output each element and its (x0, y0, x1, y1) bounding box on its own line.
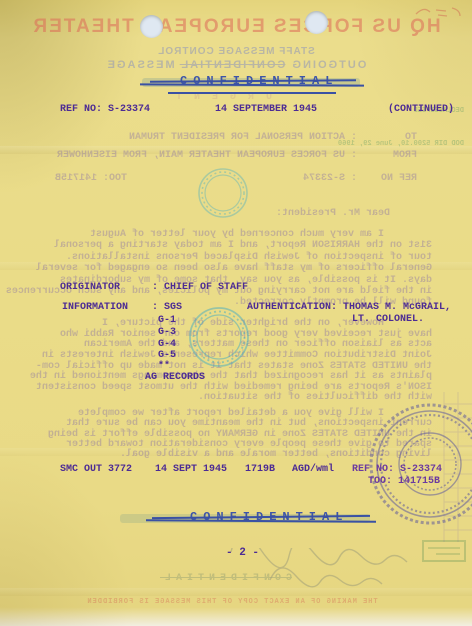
bleed-declassified-stamp: DECLASSIFIED DOD DIR 5200.10, June 29, 1… (338, 84, 464, 172)
information-label: INFORMATION (62, 302, 128, 313)
bleed-para1-line: General officers of my staff have also b… (36, 263, 432, 274)
bleed-from-value: : US FORCES EUROPEAN THEATER MAIN, FROM … (57, 150, 357, 161)
bleed-subheader-2-struck: CONFIDENTIAL (180, 59, 286, 71)
green-box-stamp (422, 540, 466, 562)
punch-hole-icon (140, 15, 163, 38)
footer-ref-no: REF NO: S-23374 (352, 464, 442, 475)
footer-date: 14 SEPT 1945 (155, 464, 227, 475)
footer-agd: AGD/wml (292, 464, 334, 475)
info-item: G-4 (158, 339, 176, 350)
bleed-para2-line: ISON's Reports are being remedied with t… (36, 382, 432, 393)
page-number: - 2 - (226, 548, 259, 559)
ref-no: REF NO: S-23374 (60, 104, 150, 115)
punch-hole-icon (305, 11, 328, 34)
bleed-subheader-2-post: MESSAGE (106, 59, 180, 71)
bleed-from-label: FROM (393, 150, 417, 161)
information-value: : SGS (152, 302, 182, 313)
originator-value: : CHIEF OF STAFF (152, 282, 248, 293)
bleed-too-value: TOO: 141715B (55, 173, 127, 184)
date-line: 14 SEPTEMBER 1945 (215, 104, 317, 115)
info-item: G-5 (158, 350, 176, 361)
info-item: G-1 (158, 315, 176, 326)
info-item: G-3 (158, 327, 176, 338)
round-censor-stamp-small (196, 166, 250, 220)
bleed-para1-line: 31st on the HARRISON Report, and I am to… (54, 240, 432, 251)
footer-time: 1719B (245, 464, 275, 475)
bleed-refno-value: : S-23374 (303, 173, 357, 184)
bleed-to-value: : ACTION PERSONAL FOR PRESIDENT TRUMAN (129, 132, 357, 143)
bleed-to-label: TO (405, 132, 417, 143)
bleed-refno-label: REF NO (381, 173, 417, 184)
bleed-para1-line: I am very much concerned by your letter … (90, 229, 384, 240)
bleed-subheader-2-pre: OUTGOING (285, 59, 366, 71)
bleed-para1-line: tour of inspection of Jewish Displaced P… (66, 252, 432, 263)
bleed-subheader-1: STAFF MESSAGE CONTROL (24, 46, 448, 57)
bleed-para3-line: I will give you a detailed report after … (78, 408, 384, 419)
smc-out: SMC OUT 3772 (60, 464, 132, 475)
info-item: ** (158, 361, 170, 372)
originator-label: ORIGINATOR (60, 282, 120, 293)
continued-tag: (CONTINUED) (388, 104, 454, 115)
red-pencil-mark (412, 2, 466, 22)
bleed-para2-line: acts as liaison officer on these matters… (84, 339, 432, 350)
bleed-para2-line: plaints as it has recognized that the sh… (30, 371, 432, 382)
bleed-forbidden-caption: THE MAKING OF AN EXACT COPY OF THIS MESS… (52, 597, 412, 608)
document-page: HQ US FORCES EUROPEAN THEATER STAFF MESS… (0, 0, 472, 626)
paper-crease (0, 262, 472, 270)
authentication-rank: LT. COLONEL. (352, 314, 424, 325)
paper-crease (0, 588, 472, 596)
paper-crease (0, 146, 472, 154)
round-censor-stamp-large (186, 304, 252, 370)
bleed-confidential-struck: CONFIDENTIAL (160, 573, 292, 584)
bleed-urgent: U R G E N T (173, 92, 272, 103)
bleed-salutation: Dear Mr. President: (276, 208, 390, 219)
footer-too: TOO: 141715B (368, 476, 440, 487)
bleed-declassified-line2: DOD DIR 5200.10, June 29, 1960 (338, 139, 464, 150)
authentication-line: AUTHENTICATION: THOMAS M. McGRAIL, (247, 302, 451, 313)
bleed-letterhead: HQ US FORCES EUROPEAN THEATER (24, 16, 448, 38)
info-item: AG RECORDS (145, 372, 205, 383)
